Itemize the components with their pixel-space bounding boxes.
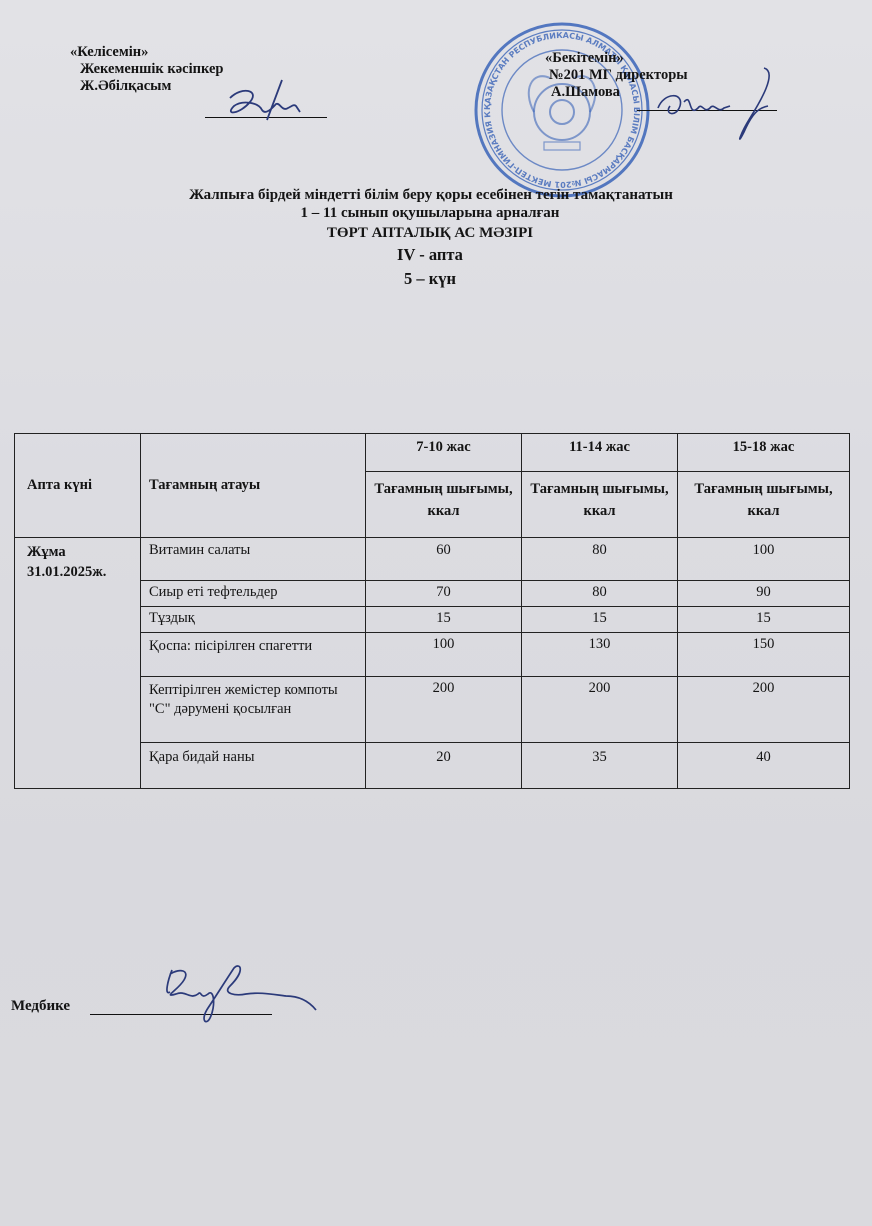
- kcal-value: 150: [678, 633, 850, 677]
- dish-name: Тұздық: [141, 607, 366, 633]
- approval-left-title: «Келісемін»: [70, 44, 224, 61]
- official-stamp-icon: ҚАЗАҚСТАН РЕСПУБЛИКАСЫ АЛМАТЫ ҚАЛАСЫ БІЛ…: [472, 20, 652, 200]
- table-row: Кептірілген жемістер компоты "С" дәрумен…: [15, 677, 850, 743]
- kcal-value: 200: [678, 677, 850, 743]
- header-dish: Тағамның атауы: [141, 434, 366, 538]
- kcal-value: 60: [366, 538, 522, 581]
- header-age-group: 7-10 жас: [366, 434, 522, 472]
- kcal-value: 20: [366, 743, 522, 789]
- signature-nurse-icon: [150, 960, 320, 1035]
- heading-line-5: 5 – күн: [0, 267, 872, 291]
- kcal-value: 70: [366, 581, 522, 607]
- table-row: Қоспа: пісірілген спагетти 100 130 150: [15, 633, 850, 677]
- kcal-value: 15: [366, 607, 522, 633]
- heading-line-3: ТӨРТ АПТАЛЫҚ АС МӘЗІРІ: [0, 223, 872, 243]
- kcal-value: 100: [366, 633, 522, 677]
- heading-line-1: Жалпыға бірдей міндетті білім беру қоры …: [0, 186, 872, 204]
- header-kcal: Тағамның шығымы, ккал: [522, 472, 678, 538]
- approval-left-name: Ж.Әбілқасым: [70, 78, 224, 95]
- menu-table: Апта күні Тағамның атауы 7-10 жас 11-14 …: [14, 433, 850, 789]
- kcal-value: 15: [678, 607, 850, 633]
- heading-line-4: IV - апта: [0, 243, 872, 267]
- signature-right-icon: [640, 62, 780, 152]
- dish-name: Витамин салаты: [141, 538, 366, 581]
- kcal-value: 200: [522, 677, 678, 743]
- heading-line-2: 1 – 11 сынып оқушыларына арналған: [0, 204, 872, 223]
- kcal-value: 80: [522, 538, 678, 581]
- approval-left: «Келісемін» Жекеменшік кәсіпкер Ж.Әбілқа…: [70, 44, 224, 95]
- kcal-value: 130: [522, 633, 678, 677]
- nurse-label: Медбике: [11, 998, 70, 1015]
- header-kcal: Тағамның шығымы, ккал: [366, 472, 522, 538]
- header-age-group: 15-18 жас: [678, 434, 850, 472]
- kcal-value: 200: [366, 677, 522, 743]
- kcal-value: 15: [522, 607, 678, 633]
- table-row: Жұма 31.01.2025ж. Витамин салаты 60 80 1…: [15, 538, 850, 581]
- dish-name: Қоспа: пісірілген спагетти: [141, 633, 366, 677]
- kcal-value: 40: [678, 743, 850, 789]
- signature-left-icon: [212, 76, 322, 126]
- svg-text:ҚАЗАҚСТАН РЕСПУБЛИКАСЫ АЛМАТЫ: ҚАЗАҚСТАН РЕСПУБЛИКАСЫ АЛМАТЫ ҚАЛАСЫ БІЛ…: [472, 20, 641, 189]
- kcal-value: 90: [678, 581, 850, 607]
- day-cell: Жұма 31.01.2025ж.: [15, 538, 141, 789]
- dish-name: Кептірілген жемістер компоты "С" дәрумен…: [141, 677, 366, 743]
- table-row: Сиыр еті тефтельдер 70 80 90: [15, 581, 850, 607]
- header-age-group: 11-14 жас: [522, 434, 678, 472]
- kcal-value: 35: [522, 743, 678, 789]
- table-row: Тұздық 15 15 15: [15, 607, 850, 633]
- kcal-value: 80: [522, 581, 678, 607]
- header-day: Апта күні: [15, 434, 141, 538]
- table-row: Қара бидай наны 20 35 40: [15, 743, 850, 789]
- dish-name: Қара бидай наны: [141, 743, 366, 789]
- kcal-value: 100: [678, 538, 850, 581]
- document-heading: Жалпыға бірдей міндетті білім беру қоры …: [0, 186, 872, 291]
- header-kcal: Тағамның шығымы, ккал: [678, 472, 850, 538]
- dish-name: Сиыр еті тефтельдер: [141, 581, 366, 607]
- approval-left-role: Жекеменшік кәсіпкер: [70, 61, 224, 78]
